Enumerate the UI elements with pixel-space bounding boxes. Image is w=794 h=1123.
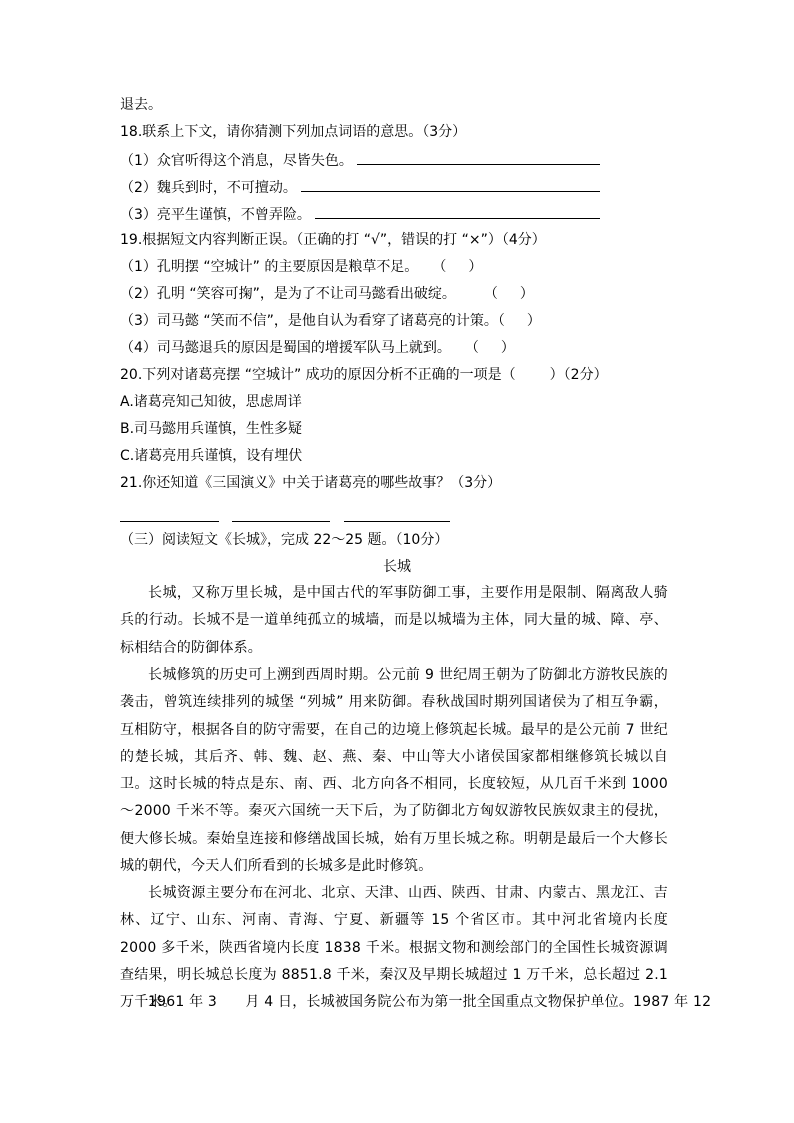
q21-answer-line-3[interactable] bbox=[344, 521, 450, 522]
q19-item-4: （4）司马懿退兵的原因是蜀国的增援军队马上就到。（） bbox=[120, 339, 515, 357]
article-paragraph-1: 长城，又称万里长城，是中国古代的军事防御工事，主要作用是限制、隔离敌人骑兵的行动… bbox=[120, 580, 668, 662]
article-paragraph-4: 1961 年 3 月 4 日，长城被国务院公布为第一批全国重点文物保护单位。19… bbox=[120, 989, 711, 1016]
q21-stem: 21.你还知道《三国演义》中关于诸葛亮的哪些故事？（3分） bbox=[120, 474, 501, 492]
q20-option-c: C.诸葛亮用兵谨慎，设有埋伏 bbox=[120, 447, 302, 465]
q20-stem: 20.下列对诸葛亮摆 “空城计” 成功的原因分析不正确的一项是（）（2分） bbox=[120, 366, 608, 384]
q19-item-4-answer-box[interactable]: （） bbox=[465, 340, 515, 356]
q18-stem: 18.联系上下文，请你猜测下列加点词语的意思。（3分） bbox=[120, 123, 466, 141]
q19-item-2-label: （2）孔明 “笑容可掬”，是为了不让司马懿看出破绽。 bbox=[120, 286, 456, 302]
q19-item-1: （1）孔明摆 “空城计” 的主要原因是粮草不足。（） bbox=[120, 258, 482, 276]
q19-item-2-answer-box[interactable]: （） bbox=[484, 286, 534, 302]
q19-item-1-answer-box[interactable]: （） bbox=[432, 259, 482, 275]
q18-item-2-label: （2）魏兵到时，不可擅动。 bbox=[120, 180, 297, 196]
section3-heading: （三）阅读短文《长城》，完成 22～25 题。（10分） bbox=[120, 531, 448, 549]
q20-stem-end: ）（2分） bbox=[550, 367, 608, 383]
q19-item-4-label: （4）司马懿退兵的原因是蜀国的增援军队马上就到。 bbox=[120, 340, 451, 356]
q18-item-3-label: （3）亮平生谨慎，不曾弄险。 bbox=[120, 207, 311, 223]
q18-item-2-answer-blank[interactable] bbox=[301, 177, 600, 192]
continuation-text: 退去。 bbox=[120, 96, 162, 114]
q21-answer-line-1[interactable] bbox=[120, 521, 219, 522]
q20-option-b: B.司马懿用兵谨慎，生性多疑 bbox=[120, 420, 302, 438]
document-page: 退去。 18.联系上下文，请你猜测下列加点词语的意思。（3分） （1）众官听得这… bbox=[0, 0, 794, 1123]
q18-item-1: （1）众官听得这个消息，尽皆失色。 bbox=[120, 150, 600, 170]
q18-item-1-label: （1）众官听得这个消息，尽皆失色。 bbox=[120, 153, 353, 169]
article-title: 长城 bbox=[0, 558, 794, 576]
q18-item-3-answer-blank[interactable] bbox=[315, 204, 600, 219]
q18-item-2: （2）魏兵到时，不可擅动。 bbox=[120, 177, 600, 197]
q19-item-3-answer-box[interactable]: （） bbox=[498, 313, 541, 329]
q19-item-3: （3）司马懿 “笑而不信”，是他自认为看穿了诸葛亮的计策。（） bbox=[120, 312, 541, 330]
q19-stem: 19.根据短文内容判断正误。（正确的打 “√”，错误的打 “×”）（4分） bbox=[120, 231, 546, 249]
q19-item-1-label: （1）孔明摆 “空城计” 的主要原因是粮草不足。 bbox=[120, 259, 418, 275]
article-paragraph-2: 长城修筑的历史可上溯到西周时期。公元前 9 世纪周王朝为了防御北方游牧民族的袭击… bbox=[120, 662, 668, 880]
q18-item-1-answer-blank[interactable] bbox=[357, 150, 600, 165]
q19-item-3-label: （3）司马懿 “笑而不信”，是他自认为看穿了诸葛亮的计策。 bbox=[120, 313, 498, 329]
q18-item-3: （3）亮平生谨慎，不曾弄险。 bbox=[120, 204, 600, 224]
q20-option-a: A.诸葛亮知己知彼，思虑周详 bbox=[120, 393, 302, 411]
q20-stem-text: 20.下列对诸葛亮摆 “空城计” 成功的原因分析不正确的一项是（ bbox=[120, 367, 516, 383]
q19-item-2: （2）孔明 “笑容可掬”，是为了不让司马懿看出破绽。（） bbox=[120, 285, 534, 303]
q21-answer-line-2[interactable] bbox=[232, 521, 330, 522]
